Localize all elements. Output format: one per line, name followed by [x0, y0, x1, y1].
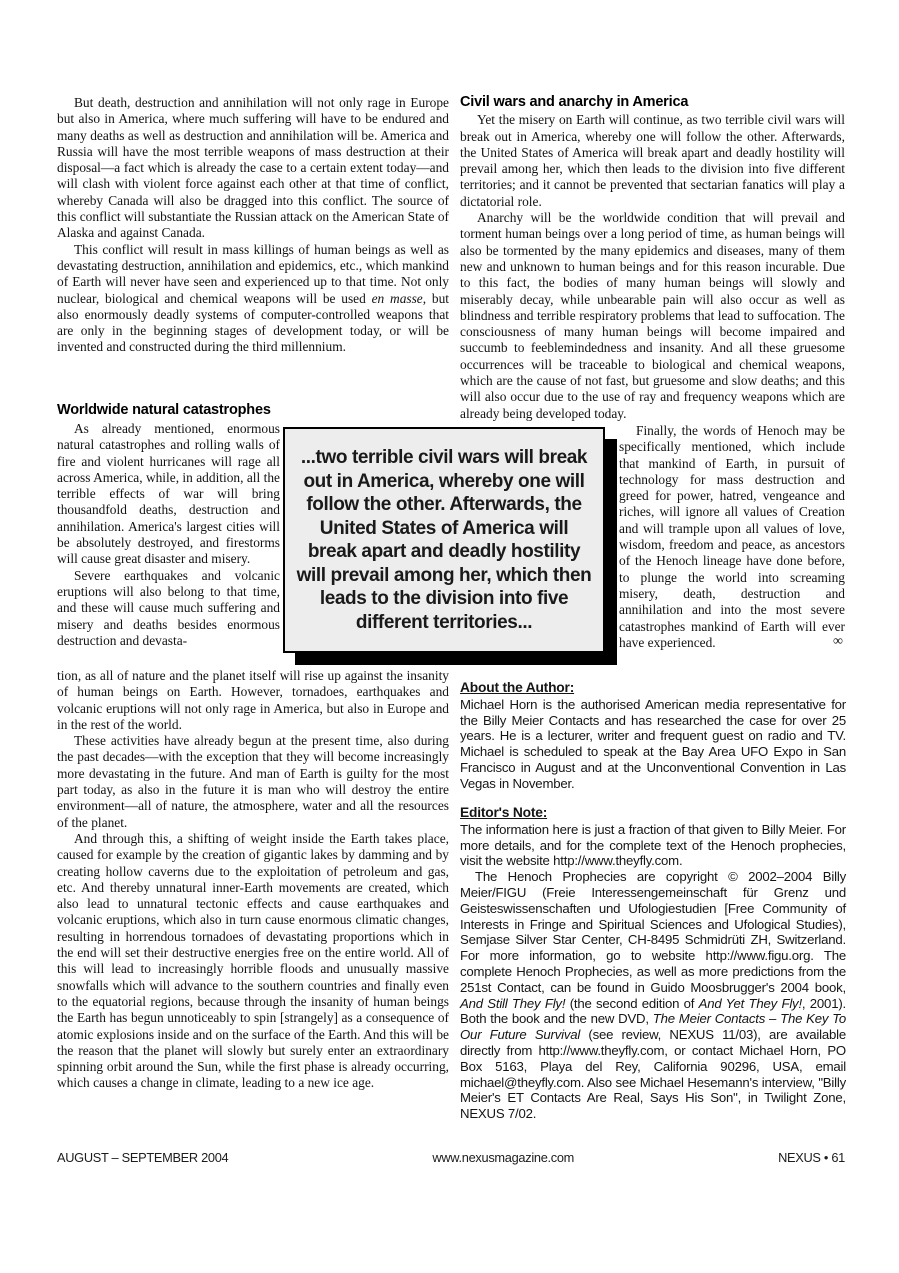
paragraph: But death, destruction and annihilation … — [57, 95, 449, 242]
footer-issue-date: AUGUST – SEPTEMBER 2004 — [57, 1150, 228, 1165]
paragraph: Yet the misery on Earth will continue, a… — [460, 112, 845, 210]
editors-note-section: Editor's Note: The information here is j… — [460, 805, 846, 1122]
paragraph: And through this, a shifting of weight i… — [57, 831, 449, 1092]
left-column-bottom: tion, as all of nature and the planet it… — [57, 668, 449, 1092]
paragraph: Anarchy will be the worldwide condition … — [460, 210, 845, 422]
right-column-narrow: Finally, the words of Henoch may be spec… — [619, 423, 845, 651]
left-column-top: But death, destruction and annihilation … — [57, 95, 449, 356]
pull-quote-text: ...two terrible civil wars will break ou… — [295, 446, 593, 634]
pull-quote-box: ...two terrible civil wars will break ou… — [283, 427, 605, 653]
paragraph: This conflict will result in mass killin… — [57, 242, 449, 356]
footer-page-number: NEXUS • 61 — [778, 1150, 845, 1165]
about-body: Michael Horn is the authorised American … — [460, 697, 846, 792]
about-heading: About the Author: — [460, 680, 846, 696]
paragraph: tion, as all of nature and the planet it… — [57, 668, 449, 733]
footer-website: www.nexusmagazine.com — [432, 1150, 574, 1165]
about-the-author-section: About the Author: Michael Horn is the au… — [460, 680, 846, 792]
right-column-top: Civil wars and anarchy in America Yet th… — [460, 94, 845, 422]
magazine-page: But death, destruction and annihilation … — [0, 0, 899, 1273]
worldwide-catastrophes-heading: Worldwide natural catastrophes — [57, 402, 449, 418]
paragraph: Severe earthquakes and volcanic eruption… — [57, 568, 280, 649]
left-column-narrow: As already mentioned, enormous natural c… — [57, 421, 280, 649]
page-footer: AUGUST – SEPTEMBER 2004 www.nexusmagazin… — [57, 1150, 845, 1165]
paragraph: Finally, the words of Henoch may be spec… — [619, 423, 845, 651]
paragraph: As already mentioned, enormous natural c… — [57, 421, 280, 568]
infinity-symbol: ∞ — [833, 634, 843, 650]
editors-note-para: The information here is just a fraction … — [460, 822, 846, 869]
civil-wars-heading: Civil wars and anarchy in America — [460, 94, 845, 110]
editors-note-heading: Editor's Note: — [460, 805, 846, 821]
editors-note-para: The Henoch Prophecies are copyright © 20… — [460, 869, 846, 1122]
paragraph: These activities have already begun at t… — [57, 733, 449, 831]
